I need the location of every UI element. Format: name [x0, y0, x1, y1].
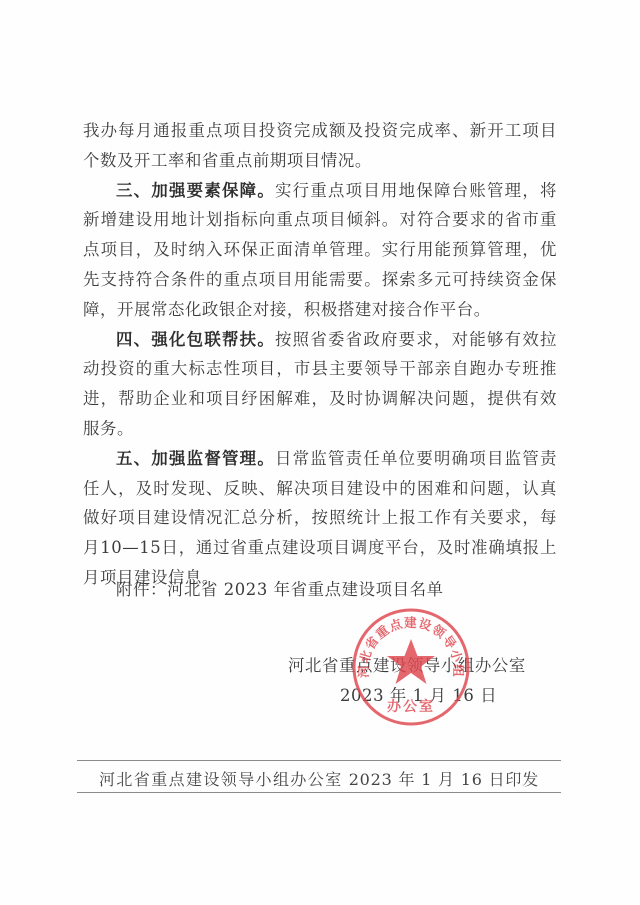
section-5-heading: 五、加强监督管理。 — [116, 449, 275, 468]
paragraph-1-text: 我办每月通报重点项目投资完成额及投资完成率、新开工项目个数及开工率和省重点前期项… — [83, 121, 557, 170]
stamp-bottom-text: 办公室 — [387, 698, 435, 715]
paragraph-section-3: 三、加强要素保障。实行重点项目用地保障台账管理，将新增建设用地计划指标向重点项目… — [83, 176, 557, 325]
section-3-text: 实行重点项目用地保障台账管理，将新增建设用地计划指标向重点项目倾斜。对符合要求的… — [83, 181, 557, 319]
official-seal-stamp: 河北省重点建设领导小组 办公室 — [351, 607, 471, 727]
section-5-text: 日常监管责任单位要明确项目监管责任人，及时发现、反映、解决项目建设中的困难和问题… — [83, 449, 557, 587]
document-footer: 河北省重点建设领导小组办公室 2023 年 1 月 16 日印发 — [77, 760, 561, 793]
stamp-star-icon — [387, 639, 435, 684]
attachment-line: 附件：河北省 2023 年省重点建设项目名单 — [116, 576, 444, 600]
section-3-heading: 三、加强要素保障。 — [116, 181, 275, 200]
paragraph-1: 我办每月通报重点项目投资完成额及投资完成率、新开工项目个数及开工率和省重点前期项… — [83, 116, 557, 176]
document-page: 我办每月通报重点项目投资完成额及投资完成率、新开工项目个数及开工率和省重点前期项… — [0, 0, 640, 905]
footer-issue-date: 2023 年 1 月 16 日印发 — [349, 767, 539, 790]
paragraph-section-5: 五、加强监督管理。日常监管责任单位要明确项目监管责任人，及时发现、反映、解决项目… — [83, 444, 557, 593]
footer-issuing-org: 河北省重点建设领导小组办公室 — [99, 767, 343, 790]
section-4-heading: 四、强化包联帮扶。 — [116, 330, 275, 349]
document-body: 我办每月通报重点项目投资完成额及投资完成率、新开工项目个数及开工率和省重点前期项… — [83, 116, 557, 593]
paragraph-section-4: 四、强化包联帮扶。按照省委省政府要求，对能够有效拉动投资的重大标志性项目，市县主… — [83, 325, 557, 444]
